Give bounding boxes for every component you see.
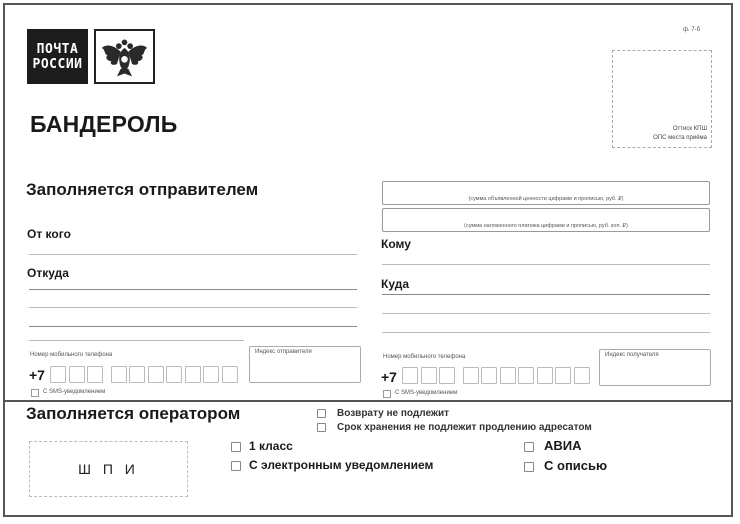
first-class-checkbox[interactable] (231, 442, 241, 452)
phone-digit-box[interactable] (185, 366, 201, 383)
phone-digit-box[interactable] (555, 367, 571, 384)
recipient-phone-input[interactable] (402, 367, 592, 385)
phone-digit-box[interactable] (222, 366, 238, 383)
no-extension-checkbox[interactable] (317, 423, 326, 432)
no-return-checkbox[interactable] (317, 409, 326, 418)
sender-section-heading: Заполняется отправителем (26, 180, 258, 200)
form-code: ф. 7-б (683, 27, 700, 33)
logo-line-1: ПОЧТА (37, 42, 79, 57)
recipient-sms-label: С SMS-уведомлением (395, 390, 457, 396)
phone-digit-box[interactable] (69, 366, 85, 383)
recipient-phone-prefix: +7 (381, 369, 397, 385)
with-inventory-label: С описью (544, 458, 607, 473)
stamp-label-1: Оттиск КПШ (653, 125, 707, 134)
cod-amount-label: (сумма наложенного платежа цифрами и про… (383, 223, 709, 229)
postmark-stamp-area: Оттиск КПШ ОПС места приёма (612, 50, 712, 148)
phone-digit-box[interactable] (402, 367, 418, 384)
shpi-label: Ш П И (78, 461, 139, 477)
recipient-phone-label: Номер мобильного телефона (383, 354, 465, 360)
from-address-line-3[interactable] (29, 326, 357, 327)
phone-digit-box[interactable] (166, 366, 182, 383)
e-notification-label: С электронным уведомлением (249, 458, 433, 472)
from-address-label: Откуда (27, 266, 69, 280)
pochta-logo: ПОЧТА РОССИИ (27, 29, 88, 84)
phone-digit-box[interactable] (87, 366, 103, 383)
phone-digit-box[interactable] (481, 367, 497, 384)
to-label: Кому (381, 237, 411, 251)
from-address-line-2[interactable] (29, 307, 357, 308)
declared-value-label: (сумма объявленной ценности цифрами и пр… (383, 196, 709, 202)
sender-sms-checkbox[interactable] (31, 389, 39, 397)
double-headed-eagle-icon (94, 29, 155, 84)
recipient-index-label: Индекс получателя (605, 352, 659, 358)
phone-digit-box[interactable] (148, 366, 164, 383)
to-input-line[interactable] (382, 264, 710, 265)
sender-phone-label: Номер мобильного телефона (30, 352, 112, 358)
no-return-label: Возврату не подлежит (337, 408, 449, 419)
form-title: БАНДЕРОЛЬ (30, 111, 177, 138)
sender-sms-label: С SMS-уведомлением (43, 389, 105, 395)
stamp-label-2: ОПС места приёма (653, 134, 707, 143)
logo-line-2: РОССИИ (33, 57, 83, 72)
recipient-index-field[interactable]: Индекс получателя (599, 349, 711, 386)
section-divider (5, 400, 731, 402)
shpi-barcode-area: Ш П И (29, 441, 188, 497)
phone-digit-box[interactable] (463, 367, 479, 384)
phone-digit-box[interactable] (537, 367, 553, 384)
phone-digit-box[interactable] (500, 367, 516, 384)
to-address-line-3[interactable] (382, 332, 710, 333)
from-input-line[interactable] (29, 254, 357, 255)
sender-index-label: Индекс отправителя (255, 349, 312, 355)
from-address-line-4[interactable] (29, 340, 244, 341)
phone-digit-box[interactable] (129, 366, 145, 383)
phone-digit-box[interactable] (574, 367, 590, 384)
phone-digit-box[interactable] (421, 367, 437, 384)
phone-digit-box[interactable] (439, 367, 455, 384)
from-address-line-1[interactable] (29, 289, 357, 290)
declared-value-field[interactable]: (сумма объявленной ценности цифрами и пр… (382, 181, 710, 205)
to-address-line-1[interactable] (382, 294, 710, 295)
cod-amount-field[interactable]: (сумма наложенного платежа цифрами и про… (382, 208, 710, 232)
operator-section-heading: Заполняется оператором (26, 404, 240, 424)
sender-phone-input[interactable] (50, 366, 240, 384)
to-address-line-2[interactable] (382, 313, 710, 314)
to-address-label: Куда (381, 277, 409, 291)
avia-label: АВИА (544, 438, 582, 453)
phone-digit-box[interactable] (518, 367, 534, 384)
phone-digit-box[interactable] (203, 366, 219, 383)
sender-index-field[interactable]: Индекс отправителя (249, 346, 361, 383)
recipient-sms-checkbox[interactable] (383, 390, 391, 398)
first-class-label: 1 класс (249, 439, 293, 453)
no-extension-label: Срок хранения не подлежит продлению адре… (337, 422, 592, 433)
from-label: От кого (27, 227, 71, 241)
sender-phone-prefix: +7 (29, 367, 45, 383)
phone-digit-box[interactable] (111, 366, 127, 383)
avia-checkbox[interactable] (524, 442, 534, 452)
e-notification-checkbox[interactable] (231, 461, 241, 471)
phone-digit-box[interactable] (50, 366, 66, 383)
with-inventory-checkbox[interactable] (524, 462, 534, 472)
